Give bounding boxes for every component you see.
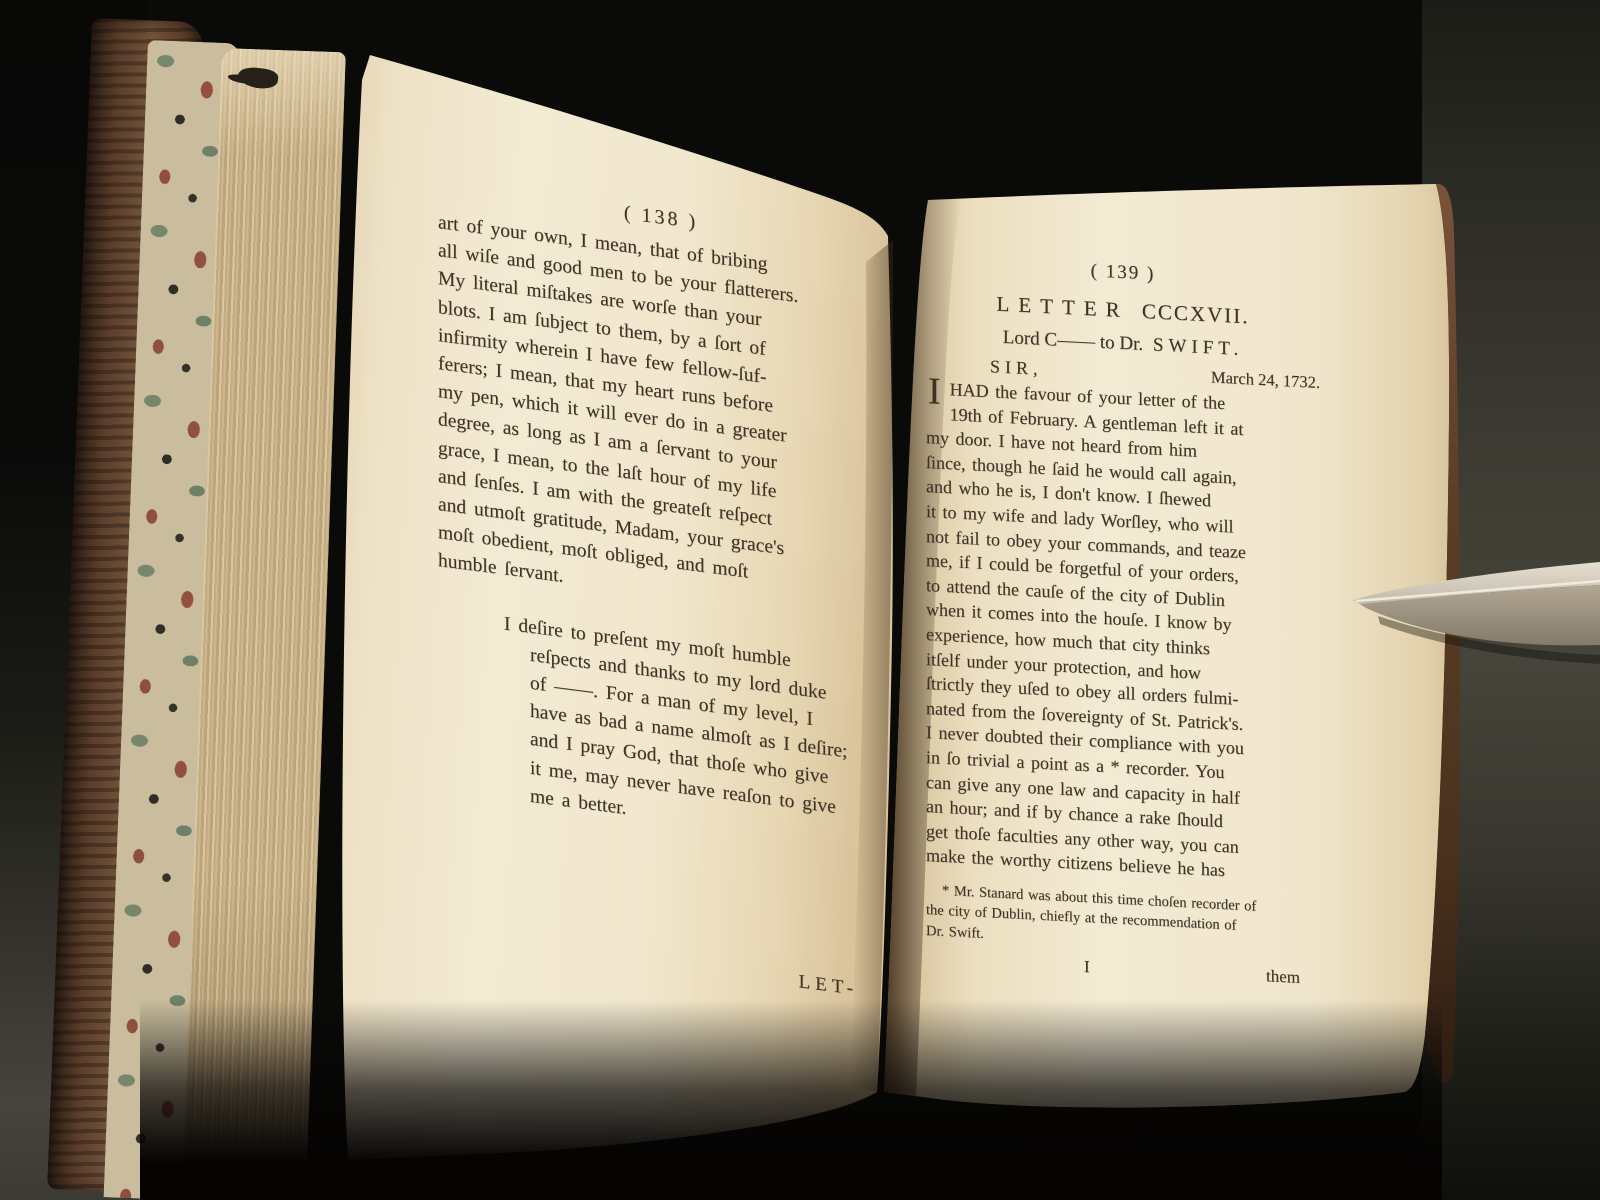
letter-opener [0,0,1600,1200]
book-photograph: ( 138 ) art of your own, I mean, that of… [0,0,1600,1200]
